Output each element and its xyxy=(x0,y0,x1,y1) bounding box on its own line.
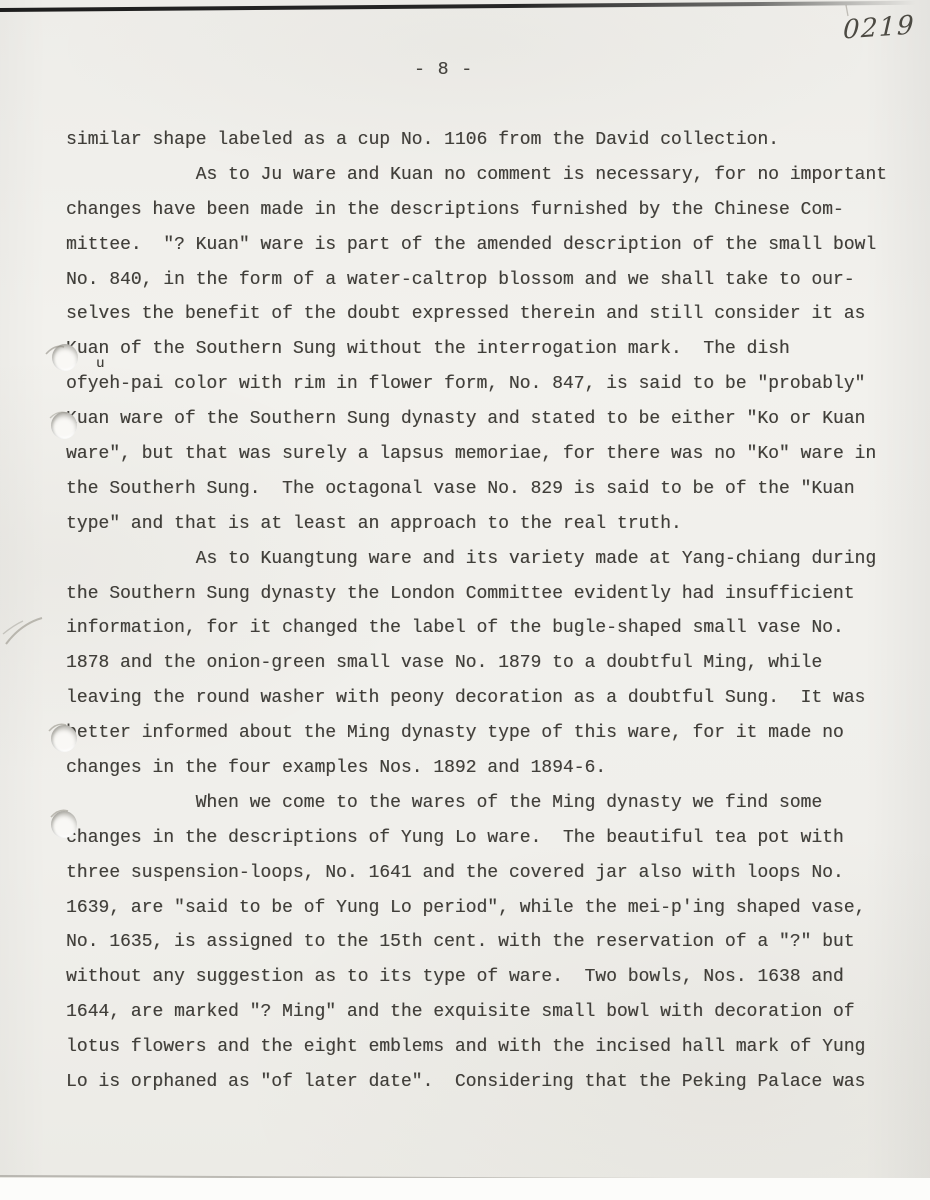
page-number: - 8 - xyxy=(414,60,473,80)
inserted-character: u xyxy=(96,356,104,372)
typed-line: changes in the four examples Nos. 1892 a… xyxy=(66,751,906,786)
typed-line: When we come to the wares of the Ming dy… xyxy=(66,786,906,821)
typed-body: similar shape labeled as a cup No. 1106 … xyxy=(66,123,906,1100)
typed-line: Lo is orphaned as "of later date". Consi… xyxy=(66,1065,906,1100)
typed-line: ware", but that was surely a lapsus memo… xyxy=(66,437,906,472)
typed-line: 1644, are marked "? Ming" and the exquis… xyxy=(66,995,906,1030)
typed-line: the Southern Sung dynasty the London Com… xyxy=(66,577,906,612)
typed-line: type" and that is at least an approach t… xyxy=(66,507,906,542)
typed-line: three suspension-loops, No. 1641 and the… xyxy=(66,856,906,891)
scan-background xyxy=(0,1178,930,1200)
paper-top-edge xyxy=(0,1,930,12)
typed-line: better informed about the Ming dynasty t… xyxy=(66,716,906,751)
typed-line: selves the benefit of the doubt expresse… xyxy=(66,297,906,332)
typed-line: 1878 and the onion-green small vase No. … xyxy=(66,646,906,681)
typed-line: As to Ju ware and Kuan no comment is nec… xyxy=(66,158,906,193)
typed-line: lotus flowers and the eight emblems and … xyxy=(66,1030,906,1065)
typed-line: without any suggestion as to its type of… xyxy=(66,960,906,995)
typed-line: Kuan of the Southern Sung without the in… xyxy=(66,332,906,367)
typed-line: leaving the round washer with peony deco… xyxy=(66,681,906,716)
typed-line: changes have been made in the descriptio… xyxy=(66,193,906,228)
punch-hole xyxy=(52,344,78,371)
punch-hole xyxy=(51,412,77,439)
typed-line: mittee. "? Kuan" ware is part of the ame… xyxy=(66,228,906,263)
typed-line: As to Kuangtung ware and its variety mad… xyxy=(66,542,906,577)
typed-line: 1639, are "said to be of Yung Lo period"… xyxy=(66,891,906,926)
typed-line: No. 840, in the form of a water-caltrop … xyxy=(66,263,906,298)
typed-line: No. 1635, is assigned to the 15th cent. … xyxy=(66,925,906,960)
punch-hole xyxy=(51,811,77,838)
typed-line: Kuan ware of the Southern Sung dynasty a… xyxy=(66,402,906,437)
scanned-document-view: 0219 - 8 - similar shape labeled as a cu… xyxy=(0,0,930,1200)
typed-line: information, for it changed the label of… xyxy=(66,611,906,646)
typed-line: ofyeh-pai color with rim in flower form,… xyxy=(66,367,906,402)
typed-line: the Southerh Sung. The octagonal vase No… xyxy=(66,472,906,507)
paper-sheet: 0219 - 8 - similar shape labeled as a cu… xyxy=(0,0,930,1179)
typed-line: changes in the descriptions of Yung Lo w… xyxy=(66,821,906,856)
punch-hole xyxy=(51,725,77,752)
handwritten-page-id: 0219 xyxy=(843,10,916,45)
typed-line: similar shape labeled as a cup No. 1106 … xyxy=(66,123,906,158)
